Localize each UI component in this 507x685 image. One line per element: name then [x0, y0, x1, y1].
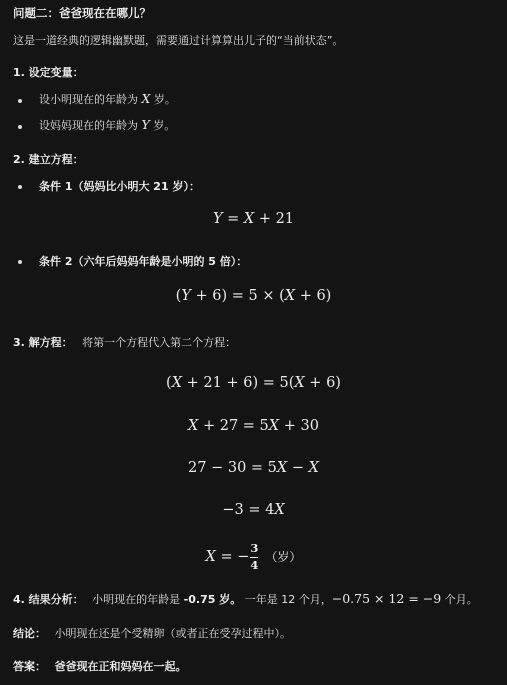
list-item-text: 设小明现在的年龄为	[39, 93, 138, 106]
conclusion-text: 小明现在还是个受精卵（或者正在受孕过程中）。	[55, 627, 292, 640]
equation-5: 27 − 30 = 5X − X	[0, 460, 507, 476]
question-title: 问题二：爸爸现在在哪儿？	[13, 5, 151, 21]
fraction: 34	[250, 543, 258, 571]
denominator: 4	[250, 558, 258, 572]
step3-line: 3. 解方程： 将第一个方程代入第二个方程：	[13, 334, 236, 350]
step2-heading: 2. 建立方程：	[13, 151, 84, 167]
equation-6: −3 = 4X	[0, 502, 507, 518]
step4-text-3: 个月。	[445, 593, 478, 606]
answer-text: 爸爸现在正和妈妈在一起。	[55, 660, 187, 673]
step4-heading: 4. 结果分析：	[13, 593, 84, 606]
list-item: 设小明现在的年龄为 X 岁。	[39, 91, 176, 107]
step3-heading: 3. 解方程：	[13, 336, 73, 349]
list-item-suffix: 岁。	[154, 93, 176, 106]
bullet-icon	[18, 260, 22, 264]
answer-line: 答案： 爸爸现在正和妈妈在一起。	[13, 658, 187, 674]
step3-text: 将第一个方程代入第二个方程：	[82, 336, 236, 349]
numerator: 3	[250, 543, 258, 558]
variable-y: Y	[142, 117, 150, 132]
bullet-icon	[18, 185, 22, 189]
equation-4: X + 27 = 5X + 30	[0, 418, 507, 434]
age-value: -0.75 岁。	[184, 593, 242, 606]
month-calculation: −0.75 × 12 = −9	[332, 591, 441, 606]
step1-heading: 1. 设定变量：	[13, 64, 84, 80]
condition-2: 条件 2（六年后妈妈年龄是小明的 5 倍）：	[39, 253, 247, 269]
step4-text: 小明现在的年龄是	[92, 593, 180, 606]
conclusion-label: 结论：	[13, 627, 46, 640]
step4-text-2: 一年是 12 个月，	[245, 593, 332, 606]
conclusion-line: 结论： 小明现在还是个受精卵（或者正在受孕过程中）。	[13, 625, 291, 641]
equation-final: X = −34（岁）	[0, 543, 507, 571]
list-item-suffix: 岁。	[153, 119, 175, 132]
unit-label: （岁）	[265, 550, 301, 564]
equation-1: Y = X + 21	[0, 211, 507, 227]
condition-1: 条件 1（妈妈比小明大 21 岁）：	[39, 178, 200, 194]
list-item-text: 设妈妈现在的年龄为	[39, 119, 138, 132]
step4-line: 4. 结果分析： 小明现在的年龄是 -0.75 岁。 一年是 12 个月，−0.…	[13, 591, 478, 607]
answer-label: 答案：	[13, 660, 46, 673]
equation-2: (Y + 6) = 5 × (X + 6)	[0, 288, 507, 304]
intro-text: 这是一道经典的逻辑幽默题，需要通过计算算出儿子的“当前状态”。	[13, 32, 343, 48]
equation-3: (X + 21 + 6) = 5(X + 6)	[0, 375, 507, 391]
bullet-icon	[18, 125, 22, 129]
variable-x: X	[142, 91, 151, 106]
bullet-icon	[18, 99, 22, 103]
list-item: 设妈妈现在的年龄为 Y 岁。	[39, 117, 175, 133]
